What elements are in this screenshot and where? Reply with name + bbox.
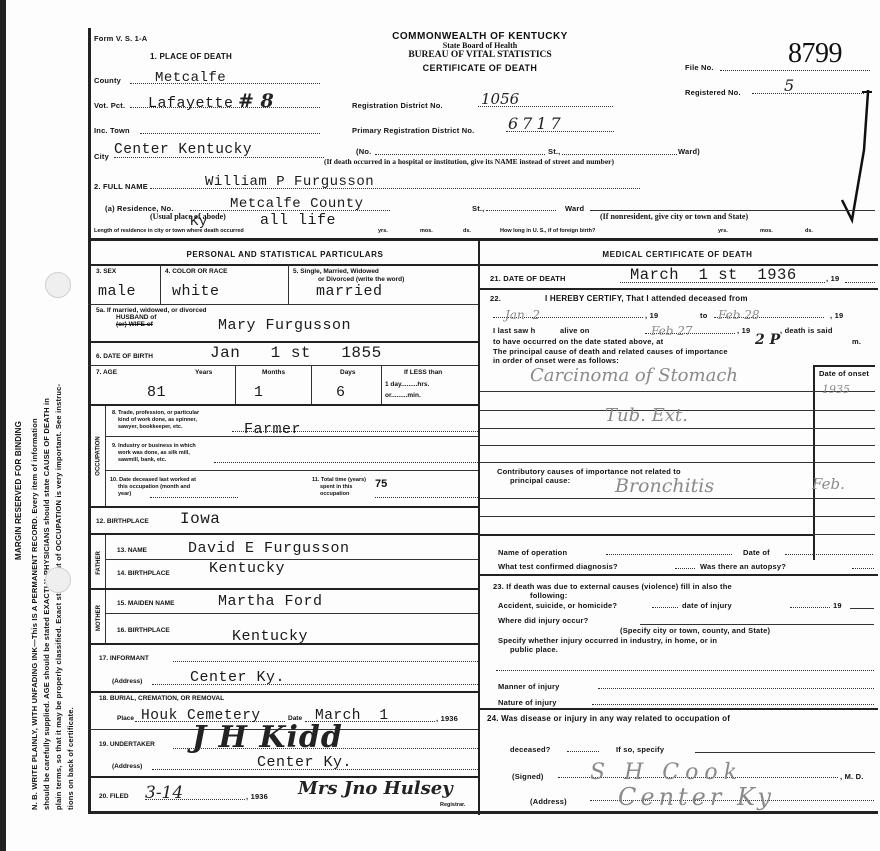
residence-length-label: Length of residence in city or town wher… [94,228,244,234]
occupation-related-1: 24. Was disease or injury in any way rel… [487,714,730,723]
signed-label: (Signed) [512,772,544,781]
check-mark-icon [828,90,878,230]
father-birthplace-label: 14. BIRTHPLACE [117,570,170,577]
divider [88,264,478,266]
file-no-field[interactable]: 8799 [720,38,870,71]
vot-pct-label: Vot. Pct. [94,101,125,110]
divider [480,574,878,576]
registration-district-field[interactable]: 1056 [478,90,613,107]
cause-line [480,445,875,446]
foreign-mos-label: mos. [760,228,773,234]
injury-year-field[interactable] [850,608,874,609]
primary-registration-label: Primary Registration District No. [352,126,474,135]
test-field[interactable] [675,565,695,569]
dob-label: 6. DATE OF BIRTH [96,353,153,360]
last-saw-mid: alive on [560,326,590,335]
registration-district-value: 1056 [481,90,519,108]
punch-hole-bottom [45,567,71,593]
cause-line [480,516,875,517]
spouse-value[interactable]: Mary Furgusson [218,317,351,334]
county-label: County [94,76,121,85]
inc-town-label: Inc. Town [94,126,130,135]
burial-year: , 1936 [436,714,458,723]
scan-edge [0,0,6,851]
attended-to-field[interactable]: Feb 28 [714,306,824,318]
occurred-m: m. [852,337,861,346]
certify-text: I HEREBY CERTIFY, That I attended deceas… [545,294,748,303]
marital-label-1: 5. Single, Married, Widowed [293,268,379,275]
accident-field[interactable] [652,604,678,608]
divider [88,691,478,693]
street-field[interactable] [562,148,677,155]
informant-address-value: Center Ky. [190,669,285,686]
mother-name-value[interactable]: Martha Ford [218,593,323,610]
vot-pct-field[interactable]: Lafayette # 8 [130,90,320,108]
divider [288,264,289,304]
date-of-death-label: 21. DATE OF DEATH [490,274,566,283]
marital-label-2: or Divorced (write the word) [318,276,404,283]
registrar-label: Registrar. [440,802,465,808]
cause-line [480,462,875,463]
street-label: St., [548,147,560,156]
binding-margin: MARGIN RESERVED FOR BINDING N. B. WRITE … [10,40,80,810]
undertaker-signature[interactable]: J H Kidd [192,720,343,755]
divider [88,404,478,406]
date-of-death-year-field[interactable] [845,280,875,283]
county-value: Metcalfe [155,70,226,86]
primary-registration-value: 6717 [508,114,565,133]
registration-district-label: Registration District No. [352,101,443,110]
operation-field[interactable] [606,551,732,555]
spouse-label-1: 5a. If married, widowed, or divorced [96,307,207,314]
medical-section-title: MEDICAL CERTIFICATE OF DEATH [480,250,875,259]
operation-date-label: Date of [743,548,770,557]
specify-1: Specify whether injury occurred in indus… [498,636,717,645]
less-than-label: If LESS than [404,369,442,376]
specify-field[interactable] [496,668,874,671]
file-no-value: 8799 [788,38,842,69]
undertaker-address-label: (Address) [112,763,142,770]
abode-note: (Usual place of abode) [150,212,226,221]
nature-field[interactable] [592,701,874,705]
father-birthplace-value[interactable]: Kentucky [209,560,285,577]
divider [106,559,478,560]
divider [106,613,478,614]
signed-field[interactable]: S H Cook [558,760,838,778]
physician-address-field[interactable]: Center Ky [590,783,874,801]
race-label: 4. COLOR OR RACE [165,268,227,275]
last-worked-field[interactable] [150,491,238,498]
mother-name-label: 15. MAIDEN NAME [117,600,174,607]
cause-line [480,428,875,429]
margin-instructions-1: N. B. WRITE PLAINLY, WITH UNFADING INK—T… [30,418,39,810]
divider [813,534,875,535]
foreign-ds-label: ds. [805,228,813,234]
age-label: 7. AGE [96,369,117,376]
ward-label: Ward) [678,147,700,156]
full-name-label: 2. FULL NAME [94,182,148,191]
residence-yrs-label: yrs. [378,228,388,234]
days-label: Days [340,369,356,376]
attended-to-label: to [700,311,707,320]
last-saw-label: I last saw h [493,326,535,335]
burial-label: 18. BURIAL, CREMATION, OR REMOVAL [99,695,224,702]
full-name-field[interactable]: William P Furgusson [150,172,640,189]
residence-mos-label: mos. [420,228,433,234]
residence-ward-field[interactable] [590,210,875,211]
birthplace-value[interactable]: Iowa [180,510,220,528]
section-divider [88,238,878,241]
contributory-value[interactable]: Bronchitis [615,475,714,497]
divider [106,436,478,437]
undertaker-address-field[interactable]: Center Ky. [152,753,478,770]
form-left-border [88,28,91,813]
test-label: What test confirmed diagnosis? [498,562,618,571]
physician-signature: S H Cook [590,760,743,785]
dob-value[interactable]: Jan 1 st 1855 [210,344,382,362]
informant-field[interactable] [173,654,478,662]
informant-address-field[interactable]: Center Ky. [152,668,478,685]
city-label: City [94,152,109,161]
vot-pct-handwritten: # 8 [238,90,274,112]
sex-label: 3. SEX [96,268,116,275]
foreign-birth-label: How long in U. S., if of foreign birth? [500,228,595,234]
father-name-label: 13. NAME [117,547,147,554]
divider [480,534,813,536]
column-divider [478,240,480,815]
external-causes-2: following: [530,591,567,600]
injury-19: 19 [833,601,842,610]
divider [311,365,312,405]
trade-label: 8. Trade, profession, or particular kind… [112,410,199,431]
manner-label: Manner of injury [498,682,560,691]
injury-date-field[interactable] [790,604,830,608]
registered-no-value: 5 [784,76,794,95]
vot-pct-value: Lafayette [148,95,234,112]
undertaker-field[interactable] [173,748,478,749]
operation-label: Name of operation [498,548,567,557]
mother-birthplace-label: 16. BIRTHPLACE [117,627,170,634]
form-bottom-border [88,811,478,814]
hospital-note: (If death occurred in a hospital or inst… [324,157,614,166]
certify-number: 22. [490,294,501,303]
filed-label: 20. FILED [99,793,129,800]
total-time-label: 11. Total time (years) spent in this occ… [312,477,366,498]
nature-label: Nature of injury [498,698,557,707]
where-note: (Specify city or town, county, and State… [620,626,770,635]
address-label: (Address) [530,797,567,806]
principal-text-2: in order of onset were as follows: [493,356,619,365]
burial-place-label: Place [117,715,134,722]
occupation-related-2: deceased? [510,745,551,754]
margin-instructions-2: should be carefully supplied. AGE should… [42,398,51,810]
cause-1-value[interactable]: Carcinoma of Stomach [530,365,738,386]
informant-address-label: (Address) [112,678,142,685]
md-label: , M. D. [840,772,863,781]
place-of-death-title: 1. PLACE OF DEATH [150,52,232,61]
manner-field[interactable] [598,685,874,689]
specify-2: public place. [510,645,558,654]
residence-length-value: all life [260,212,336,229]
autopsy-label: Was there an autopsy? [700,562,786,571]
attended-from-field[interactable]: Jan 2 [493,306,643,318]
last-saw-field[interactable]: Feb 27 [645,322,735,334]
injury-date-label: date of injury [682,601,732,610]
divider [480,708,878,710]
divider [88,365,478,366]
attended-19a: , 19 [645,311,658,320]
street-no-field[interactable] [375,148,545,155]
age-days-value[interactable]: 6 [336,384,346,401]
divider [88,588,478,590]
primary-registration-field[interactable]: 6717 [506,114,614,132]
last-saw-value: Feb 27 [651,324,693,338]
personal-section-title: PERSONAL AND STATISTICAL PARTICULARS [92,250,478,259]
nonresident-note: (If nonresident, give city or town and S… [600,212,748,221]
full-name-value: William P Furgusson [205,174,374,190]
divider [235,365,236,405]
attended-from-value: Jan 2 [505,308,540,322]
county-field[interactable]: Metcalfe [130,68,320,84]
if-so-field[interactable] [695,752,875,753]
undertaker-address-value: Center Ky. [257,754,352,771]
sex-value[interactable]: male [98,283,136,300]
months-label: Months [262,369,285,376]
race-value[interactable]: white [172,283,220,300]
date-of-death-19: , 19 [826,274,839,283]
inc-town-field[interactable] [140,124,320,134]
residence-ds-label: ds. [463,228,471,234]
years-label: Years [195,369,212,376]
residence-field[interactable]: Metcalfe County Ky [190,194,390,211]
registered-no-label: Registered No. [685,88,741,97]
cause-line [480,391,875,392]
filed-value: 3-14 [145,783,183,803]
city-field[interactable]: Center Kentucky [114,140,324,158]
operation-date-field[interactable] [785,551,873,555]
file-no-label: File No. [685,63,714,72]
cause-2-value[interactable]: Tub. Ext. [605,405,688,426]
spouse-label-3: (or) WIFE of [116,321,153,328]
margin-instructions-3: plain terms, so that it may be properly … [54,384,63,810]
attended-19b: , 19 [830,311,843,320]
registrar-signature[interactable]: Mrs Jno Hulsey [298,778,453,799]
cause-line [480,498,875,499]
filed-year: , 1936 [246,792,268,801]
industry-label: 9. Industry or business in which work wa… [112,443,196,464]
city-value: Center Kentucky [114,142,252,158]
residence-street-label: St., [472,204,484,213]
last-saw-19: , 19 [737,326,750,335]
bureau-title: BUREAU OF VITAL STATISTICS [350,50,610,60]
industry-field[interactable] [214,455,478,463]
marital-value[interactable]: married [316,283,383,300]
less-min-field[interactable]: or.........min. [385,392,421,399]
form-number: Form V. S. 1-A [94,34,147,43]
occupation-side-label: OCCUPATION [92,406,106,506]
certificate-title: CERTIFICATE OF DEATH [350,63,610,73]
age-years-value[interactable]: 81 [147,384,166,401]
birthplace-label: 12. BIRTHPLACE [96,518,149,525]
date-onset-label: Date of onset [815,369,873,378]
principal-text-1: The principal cause of death and related… [493,347,728,356]
if-so-label: If so, specify [616,745,664,754]
trade-field[interactable]: Farmer [232,420,478,432]
margin-reserved-label: MARGIN RESERVED FOR BINDING [14,421,23,560]
form-bottom-border-right [480,811,878,814]
external-causes-1: 23. If death was due to external causes … [493,582,732,591]
residence-ward-label: Ward [565,204,584,213]
total-time-value[interactable]: 75 [375,478,387,490]
cause-1-onset[interactable]: 1935 [822,383,850,396]
less-day-field[interactable]: 1 day.........hrs. [385,381,429,388]
divider [381,365,382,405]
date-of-death-value: March 1 st 1936 [630,266,797,284]
divider [106,470,478,471]
undertaker-label: 19. UNDERTAKER [99,741,155,748]
where-field[interactable] [640,624,874,625]
divider [88,341,478,343]
state-board: State Board of Health [350,42,610,50]
where-label: Where did injury occur? [498,616,588,625]
foreign-yrs-label: yrs. [718,228,728,234]
date-of-death-field[interactable]: March 1 st 1936 [620,266,825,283]
age-months-value[interactable]: 1 [254,384,264,401]
divider [88,533,478,535]
divider [88,506,478,508]
death-certificate-page: MARGIN RESERVED FOR BINDING N. B. WRITE … [0,0,880,851]
occurred-text: to have occurred on the date stated abov… [493,337,663,346]
punch-hole-top [45,272,71,298]
attended-to-value: Feb 28 [718,308,760,322]
accident-label: Accident, suicide, or homicide? [498,601,617,610]
death-said: , death is said [780,326,833,335]
margin-instructions-4: tions on back of certificate. [66,707,75,810]
physician-address-value: Center Ky [618,783,775,811]
autopsy-field[interactable] [852,565,874,569]
header-center: COMMONWEALTH OF KENTUCKY State Board of … [350,31,610,73]
street-no-label: (No. [356,147,371,156]
informant-label: 17. INFORMANT [99,655,149,662]
total-time-field[interactable] [375,491,478,498]
contributory-label-2: principal cause: [510,476,570,485]
divider [160,264,161,304]
occupation-related-field[interactable] [567,748,599,752]
father-side-label: FATHER [92,535,106,590]
divider [480,288,878,290]
divider [88,304,478,305]
father-name-value[interactable]: David E Furgusson [188,540,350,557]
mother-side-label: MOTHER [92,590,106,645]
filed-field[interactable]: 3-14 [145,783,245,800]
spouse-label-2: HUSBAND of [116,314,156,321]
divider [88,643,478,645]
residence-street-field[interactable] [486,205,556,211]
contributory-onset[interactable]: Feb. [812,475,845,493]
occurred-time[interactable]: 2 P [755,332,780,348]
